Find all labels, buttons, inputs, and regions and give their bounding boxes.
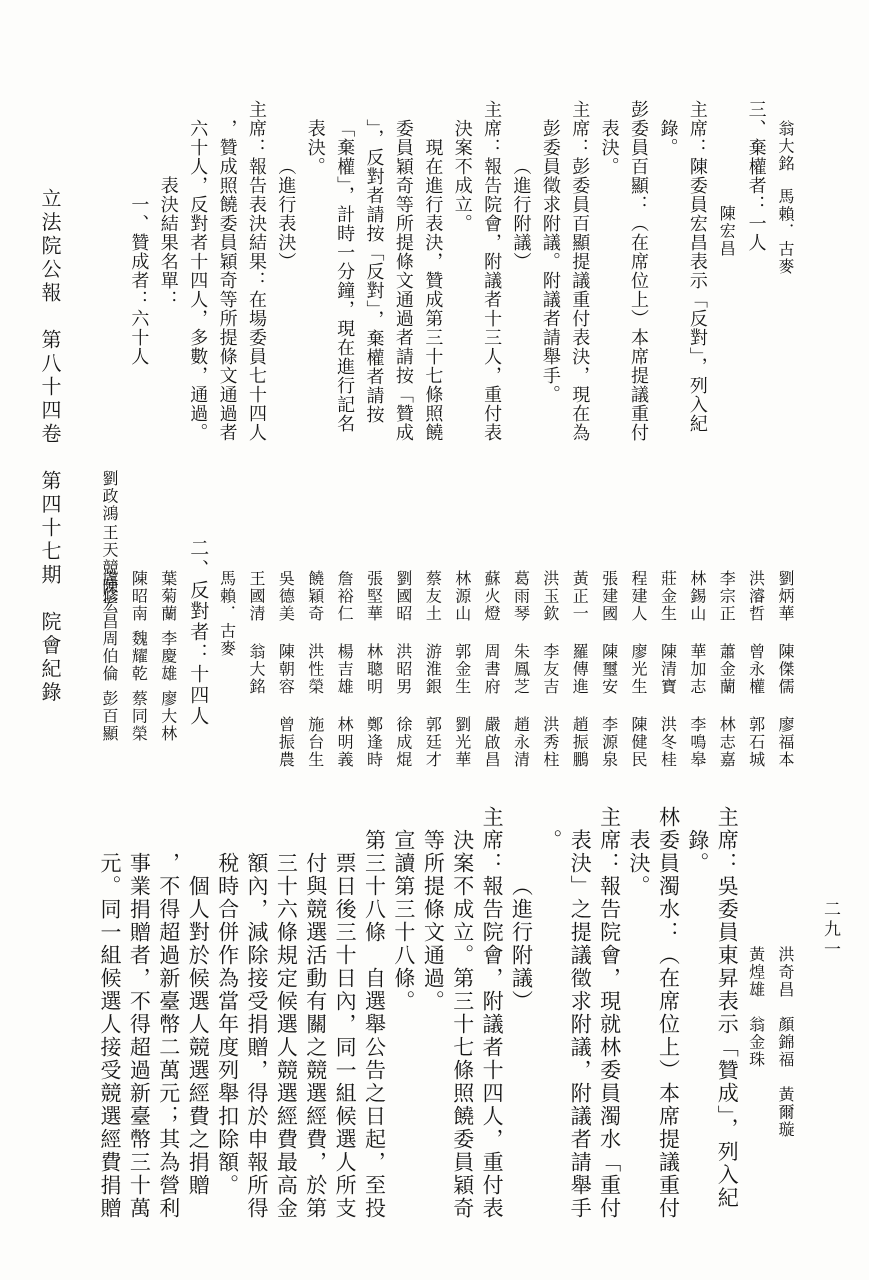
- publication-title: 立法院公報 第八十四卷 第四十七期 院會紀錄: [36, 188, 65, 705]
- legislator-name: 洪玉欽: [535, 570, 564, 643]
- legislator-name: 翁大銘: [242, 643, 271, 716]
- name-list-column: 蔡友土游淮銀郭廷才: [418, 538, 447, 800]
- legislator-name: 林錫山: [682, 570, 711, 643]
- legislator-name: 蘇火燈: [477, 570, 506, 643]
- legislator-name: 張堅華: [359, 570, 388, 643]
- legislator-name: 廖光生: [624, 643, 653, 716]
- legislator-name: 陳健民: [624, 716, 653, 789]
- text-column: 主席：報告院會，現就林委員濁水「重付: [594, 806, 623, 1266]
- legislator-name: 洪濬哲: [741, 570, 770, 643]
- legislator-name: 徐成焜: [389, 716, 418, 789]
- text-column: 決案不成立。第三十七條照饒委員穎奇: [447, 806, 476, 1266]
- legislator-name: 鄭逢時: [359, 716, 388, 789]
- legislator-name: 饒穎奇: [300, 570, 329, 643]
- legislator-name: 曾永權: [741, 643, 770, 716]
- legislator-name: 洪昭男: [389, 643, 418, 716]
- name-list-column: 程建人廖光生陳健民: [624, 538, 653, 800]
- legislator-name: 施台生: [300, 716, 329, 789]
- legislator-name: 彭百顯: [95, 690, 124, 750]
- legislator-name: 陳宏昌: [712, 205, 741, 265]
- text-column: 。: [535, 806, 564, 1266]
- name-list-column: 劉國昭洪昭男徐成焜: [389, 538, 418, 800]
- legislator-name: 洪奇昌: [771, 946, 800, 1016]
- legislator-name: 劉國昭: [389, 570, 418, 643]
- text-column: 付與競選活動有關之競選經費，於第: [300, 806, 329, 1266]
- name-list-column: 洪奇昌顏錦福黃爾璇: [771, 806, 800, 1266]
- page-number: 二九一: [818, 900, 843, 960]
- legislator-name: 陳昭南: [124, 570, 153, 630]
- legislator-name: 林志嘉: [712, 716, 741, 789]
- legislator-name: 陳璽安: [594, 643, 623, 716]
- legislator-name: 李鳴皋: [682, 716, 711, 789]
- legislator-name: 黃正一: [565, 570, 594, 643]
- legislator-name: 翁大銘: [771, 120, 800, 188]
- legislator-name: 李慶雄: [153, 630, 182, 690]
- legislator-name: 顏錦福: [771, 1016, 800, 1086]
- legislator-name: 黃煌雄: [741, 946, 770, 1016]
- legislator-name: 洪秀柱: [535, 716, 564, 789]
- legislator-name: 劉政鴻: [95, 470, 124, 524]
- legislator-name: 魏耀乾: [124, 630, 153, 690]
- name-list-column: 葉菊蘭李慶雄廖大林: [153, 538, 182, 800]
- text-column: 事業捐贈者，不得超過新臺幣三十萬: [124, 806, 153, 1266]
- legislator-name: 游淮銀: [418, 643, 447, 716]
- legislator-name: 李宗正: [712, 570, 741, 643]
- legislator-name: 陳朝容: [271, 643, 300, 716]
- legislator-name: 李源泉: [594, 716, 623, 789]
- legislator-name: 林源山: [447, 570, 476, 643]
- legislator-name: 羅傳進: [565, 643, 594, 716]
- legislator-name: 盧修一: [95, 570, 124, 630]
- name-list-column: 洪濬哲曾永權郭石城: [741, 538, 770, 800]
- text-column: 票日後三十日內，同一組候選人所支: [330, 806, 359, 1266]
- legislator-name: 林聰明: [359, 643, 388, 716]
- legislator-name: 蔡同榮: [124, 690, 153, 750]
- name-list-column: 劉炳華陳傑儒廖福本: [771, 538, 800, 800]
- legislator-name: 黃爾璇: [771, 1086, 800, 1156]
- name-list-column: 黃正一羅傳進趙振鵬: [565, 538, 594, 800]
- vote-name-list-band: 劉炳華陳傑儒廖福本洪濬哲曾永權郭石城李宗正蕭金蘭林志嘉林錫山華加志李鳴皋莊金生陳…: [94, 538, 800, 800]
- legislator-name: 陳清寶: [653, 643, 682, 716]
- name-list-column: 蘇火燈周書府嚴啟昌: [477, 538, 506, 800]
- dialogue-statute-band: 洪奇昌顏錦福黃爾璇黃煌雄翁金珠主席：吳委員東昇表示「贊成」，列入紀錄。林委員濁水…: [94, 806, 800, 1266]
- legislator-name: 詹裕仁: [330, 570, 359, 643]
- text-column: 第三十八條 自選舉公告之日起，至投: [359, 806, 388, 1266]
- legislator-name: 蕭金蘭: [712, 643, 741, 716]
- text-column: 等所提條文通過。: [418, 806, 447, 1266]
- legislator-name: 嚴啟昌: [477, 716, 506, 789]
- text-column: 二、反對者：十四人: [183, 538, 212, 800]
- text-column: 額內，減除接受捐贈，得於申報所得: [242, 806, 271, 1266]
- name-list-column: 吳德美陳朝容曾振農: [271, 538, 300, 800]
- legislator-name: 洪冬桂: [653, 716, 682, 789]
- legislator-name: 馬賴．古麥: [771, 188, 800, 256]
- name-list-column: 饒穎奇洪性榮施台生: [300, 538, 329, 800]
- name-list-column: 洪玉欽李友吉洪秀柱: [535, 538, 564, 800]
- text-column: （進行附議）: [506, 806, 535, 1266]
- legislator-name: 劉炳華: [771, 570, 800, 643]
- legislator-name: 陳傑儒: [771, 643, 800, 716]
- legislator-name: 趙永清: [506, 716, 535, 789]
- legislator-name: 馬賴．古麥: [212, 570, 241, 662]
- name-list-column: 詹裕仁楊吉雄林明義: [330, 538, 359, 800]
- legislator-name: 洪性榮: [300, 643, 329, 716]
- text-column: 表決。: [624, 806, 653, 1266]
- text-column: 主席：報告院會，附議者十四人，重付表: [477, 806, 506, 1266]
- legislator-name: 劉光華: [447, 716, 476, 789]
- text-column: 元。同一組候選人接受競選經費捐贈: [95, 806, 124, 1266]
- text-column: 宣讀第三十八條。: [389, 806, 418, 1266]
- legislator-name: 李友吉: [535, 643, 564, 716]
- legislator-name: 趙振鵬: [565, 716, 594, 789]
- name-list-column: 莊金生陳清寶洪冬桂: [653, 538, 682, 800]
- legislator-name: 郭廷才: [418, 716, 447, 789]
- text-column: ，不得超過新臺幣二萬元；其為營利: [153, 806, 182, 1266]
- legislator-name: 曾振農: [271, 716, 300, 789]
- legislator-name: 周伯倫: [95, 630, 124, 690]
- legislator-name: 蔡友土: [418, 570, 447, 643]
- legislator-name: 郭石城: [741, 716, 770, 789]
- legislator-name: 楊吉雄: [330, 643, 359, 716]
- name-list-column: 張堅華林聰明鄭逢時: [359, 538, 388, 800]
- text-column: 三十六條規定候選人競選經費最高金: [271, 806, 300, 1266]
- text-column: 錄。: [682, 806, 711, 1266]
- text-column: 林委員濁水：（在席位上）本席提議重付: [653, 806, 682, 1266]
- text-column: 稅時合併作為當年度列舉扣除額。: [212, 806, 241, 1266]
- legislator-name: 張建國: [594, 570, 623, 643]
- legislator-name: 廖福本: [771, 716, 800, 789]
- text-column: 主席：吳委員東昇表示「贊成」，列入紀: [712, 806, 741, 1266]
- legislator-name: 莊金生: [653, 570, 682, 643]
- name-list-column: 林錫山華加志李鳴皋: [682, 538, 711, 800]
- name-list-column: 張建國陳璽安李源泉: [594, 538, 623, 800]
- legislator-name: 葛雨琴: [506, 570, 535, 643]
- legislator-name: 翁金珠: [741, 1016, 770, 1086]
- legislator-name: 葉菊蘭: [153, 570, 182, 630]
- legislator-name: 廖大林: [153, 690, 182, 750]
- text-column: 個人對於候選人競選經費之捐贈: [183, 806, 212, 1266]
- legislator-name: 吳德美: [271, 570, 300, 643]
- name-list-column: 陳昭南魏耀乾蔡同榮: [124, 538, 153, 800]
- name-list-column: 馬賴．古麥: [212, 538, 241, 800]
- name-list-column: 盧修一周伯倫彭百顯: [95, 538, 124, 800]
- name-list-column: 李宗正蕭金蘭林志嘉: [712, 538, 741, 800]
- legislator-name: 程建人: [624, 570, 653, 643]
- name-list-column: 林源山郭金生劉光華: [447, 538, 476, 800]
- legislator-name: 林明義: [330, 716, 359, 789]
- legislator-name: 朱鳳芝: [506, 643, 535, 716]
- legislator-name: 周書府: [477, 643, 506, 716]
- gazette-scan-page: 立法院公報 第八十四卷 第四十七期 院會紀錄 二九一 翁大銘馬賴．古麥三、棄權者…: [0, 0, 869, 1280]
- text-column: 表決」之提議徵求附議，附議者請舉手: [565, 806, 594, 1266]
- name-list-column: 王國清翁大銘: [242, 538, 271, 800]
- legislator-name: 郭金生: [447, 643, 476, 716]
- name-list-column: 葛雨琴朱鳳芝趙永清: [506, 538, 535, 800]
- legislator-name: 華加志: [682, 643, 711, 716]
- legislator-name: 王國清: [242, 570, 271, 643]
- name-list-column: 黃煌雄翁金珠: [741, 806, 770, 1266]
